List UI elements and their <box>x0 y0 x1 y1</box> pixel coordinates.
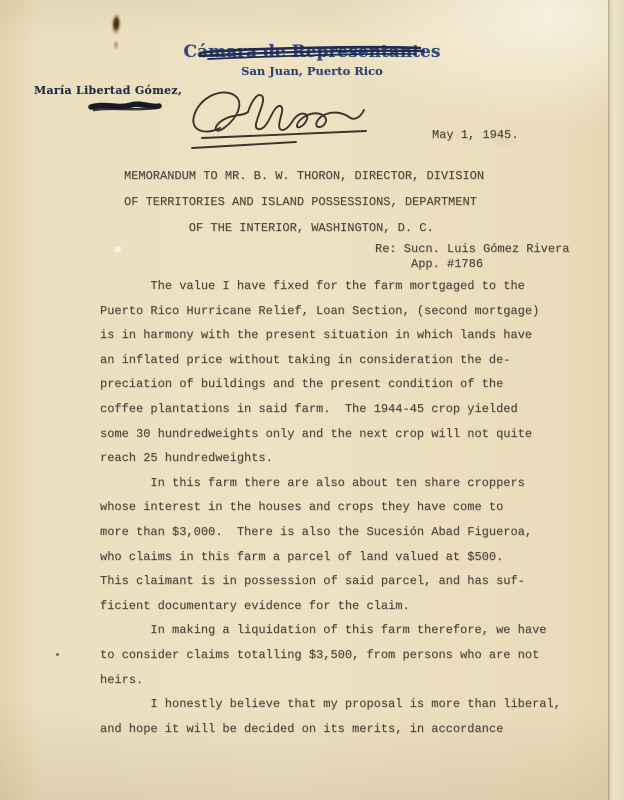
strikethrough-marks <box>196 42 430 66</box>
letterhead-location: San Juan, Puerto Rico <box>152 64 472 78</box>
paragraph: I honestly believe that my proposal is m… <box>100 692 561 741</box>
reference-line: Re: Sucn. Luis Gómez Rivera App. #1786 <box>375 242 569 271</box>
paper-speck <box>115 246 121 252</box>
ink-blot-tail <box>113 40 119 50</box>
paragraph: In making a liquidation of this farm the… <box>100 618 561 692</box>
paragraph: In this farm there are also about ten sh… <box>100 471 561 619</box>
ink-blot <box>110 14 121 42</box>
stamp-scribble-mark <box>87 99 165 115</box>
memo-heading: MEMORANDUM TO MR. B. W. THORON, DIRECTOR… <box>124 163 484 241</box>
paper-edge <box>608 0 624 800</box>
paper-speck <box>56 653 59 656</box>
signature <box>186 84 386 156</box>
date-line: May 1, 1945. <box>432 128 518 143</box>
stamp-name: María Libertad Gómez, <box>34 84 182 97</box>
document-page: Cámara de Representantes San Juan, Puert… <box>0 0 624 800</box>
paragraph: The value I have fixed for the farm mort… <box>100 274 561 471</box>
memo-body: The value I have fixed for the farm mort… <box>100 274 561 741</box>
